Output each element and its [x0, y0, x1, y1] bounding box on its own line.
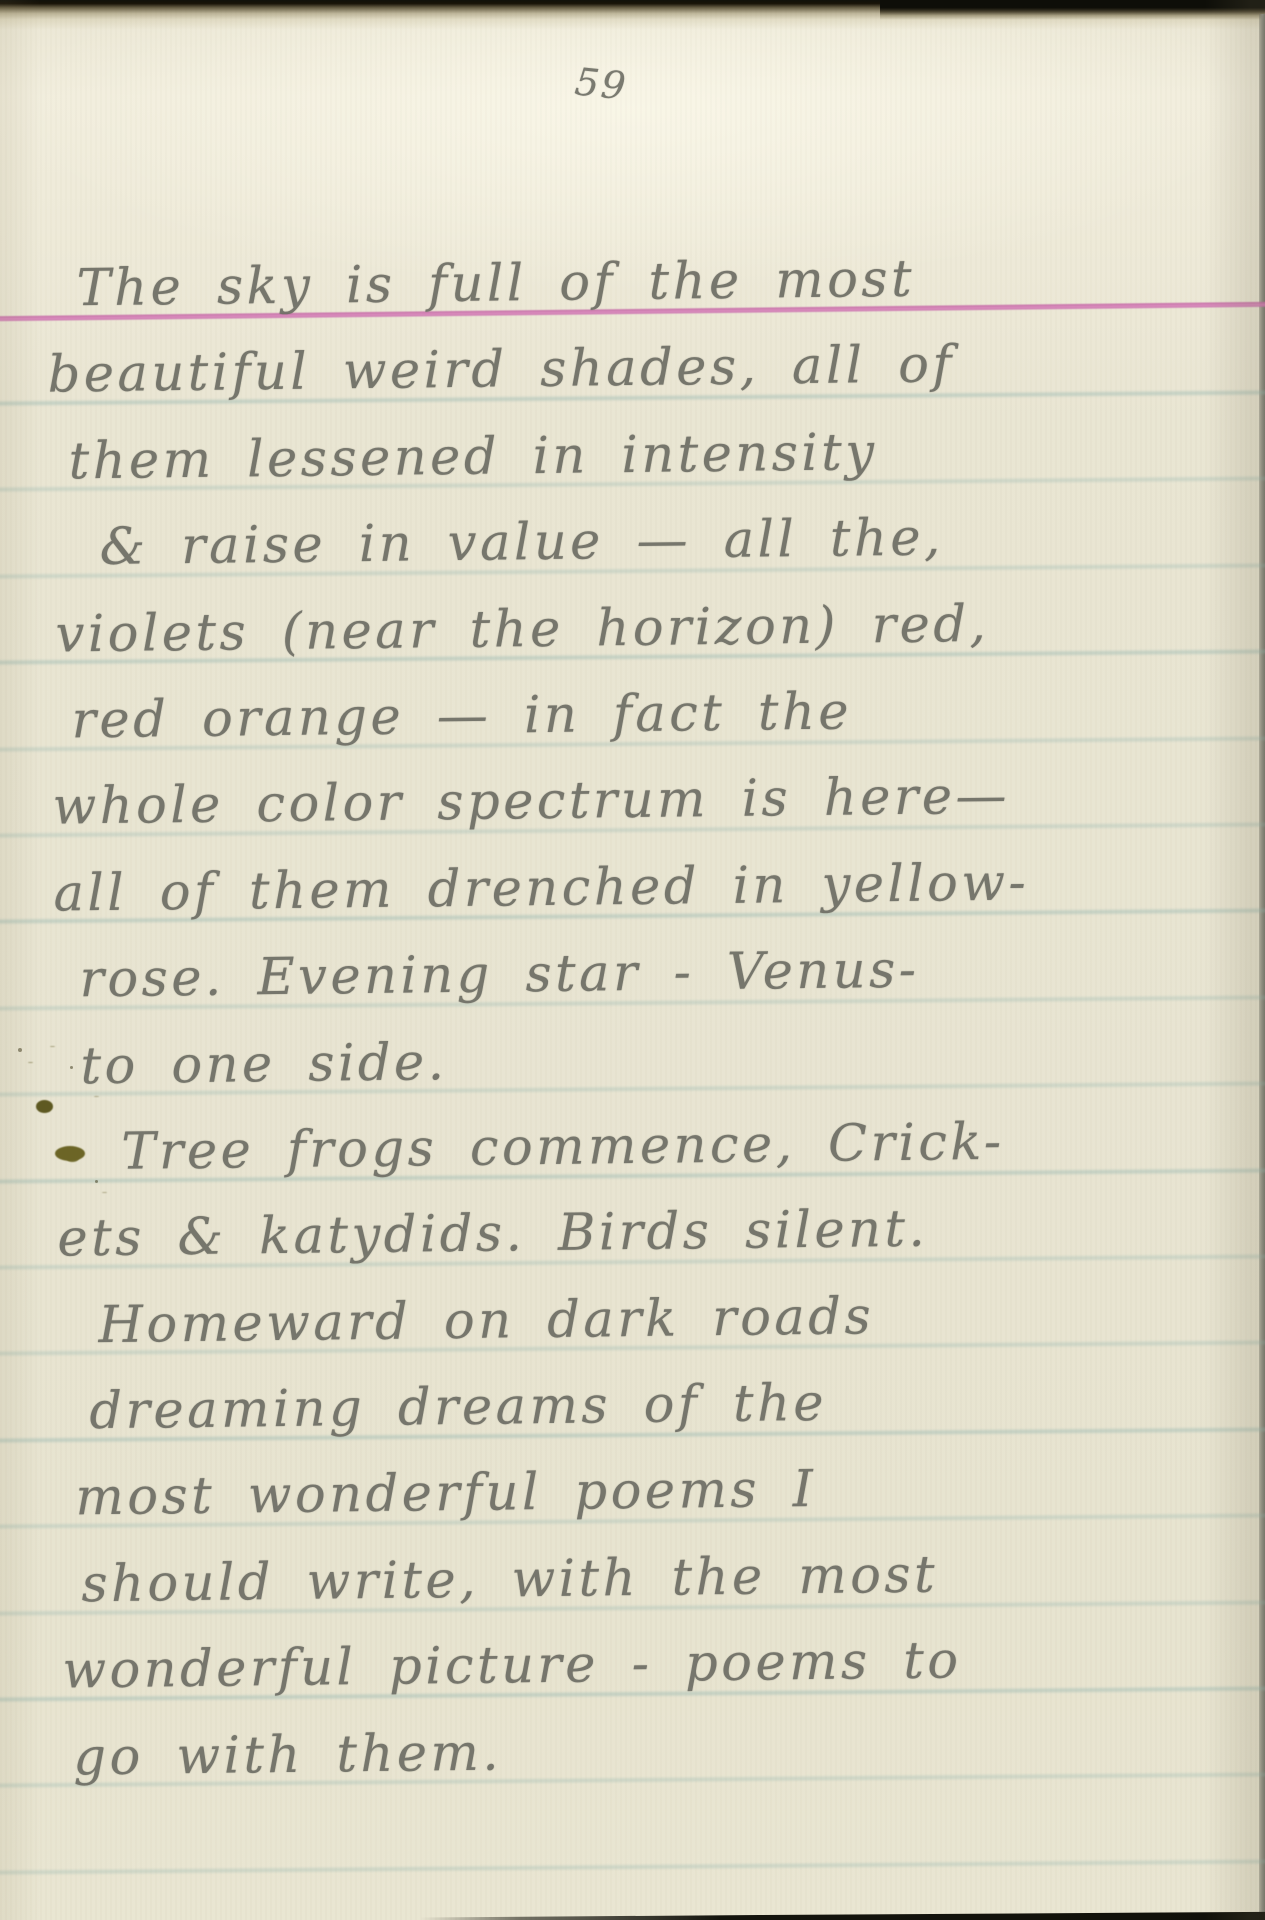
stain-speck — [70, 1066, 73, 1069]
handwriting-line: Homeward on dark roads — [3, 1269, 1265, 1370]
stain-speck — [18, 1048, 22, 1052]
handwriting-line: ets & katydids. Birds silent. — [2, 1183, 1265, 1284]
handwriting-line: whole color spectrum is here— — [0, 751, 1263, 852]
handwriting-line: beautiful weird shades, all of — [0, 319, 1258, 420]
handwriting-line: The sky is full of the most — [0, 233, 1257, 334]
handwriting-line: wonderful picture - poems to — [7, 1615, 1265, 1716]
handwriting-line: should write, with the most — [6, 1529, 1265, 1630]
handwriting-line: dreaming dreams of the — [4, 1356, 1265, 1457]
handwriting-line: Tree frogs commence, Crick- — [1, 1097, 1265, 1198]
handwriting-line: rose. Evening star - Venus- — [0, 924, 1265, 1025]
stain-speck — [95, 1180, 98, 1183]
handwriting-line: go with them. — [8, 1701, 1265, 1802]
ruled-line — [0, 1859, 1265, 1874]
handwritten-text: The sky is full of the mostbeautiful wei… — [0, 233, 1265, 1802]
page-top-shadow-edge — [0, 0, 1265, 30]
handwriting-line: most wonderful poems I — [5, 1442, 1265, 1543]
journal-page: 59 The sky is full of the mostbeautiful … — [0, 0, 1265, 1920]
handwriting-line: & raise in value — all the, — [0, 492, 1260, 593]
page-top-right-shadow-edge — [880, 0, 1265, 20]
page-number: 59 — [573, 59, 630, 108]
handwriting-line: them lessened in intensity — [0, 406, 1259, 507]
handwriting-line: all of them drenched in yellow- — [0, 838, 1264, 939]
page-bottom-shadow-edge — [0, 1911, 1265, 1920]
handwriting-line: to one side. — [0, 1010, 1265, 1111]
handwriting-line: red orange — in fact the — [0, 665, 1262, 766]
handwriting-line: violets (near the horizon) red, — [0, 578, 1261, 679]
